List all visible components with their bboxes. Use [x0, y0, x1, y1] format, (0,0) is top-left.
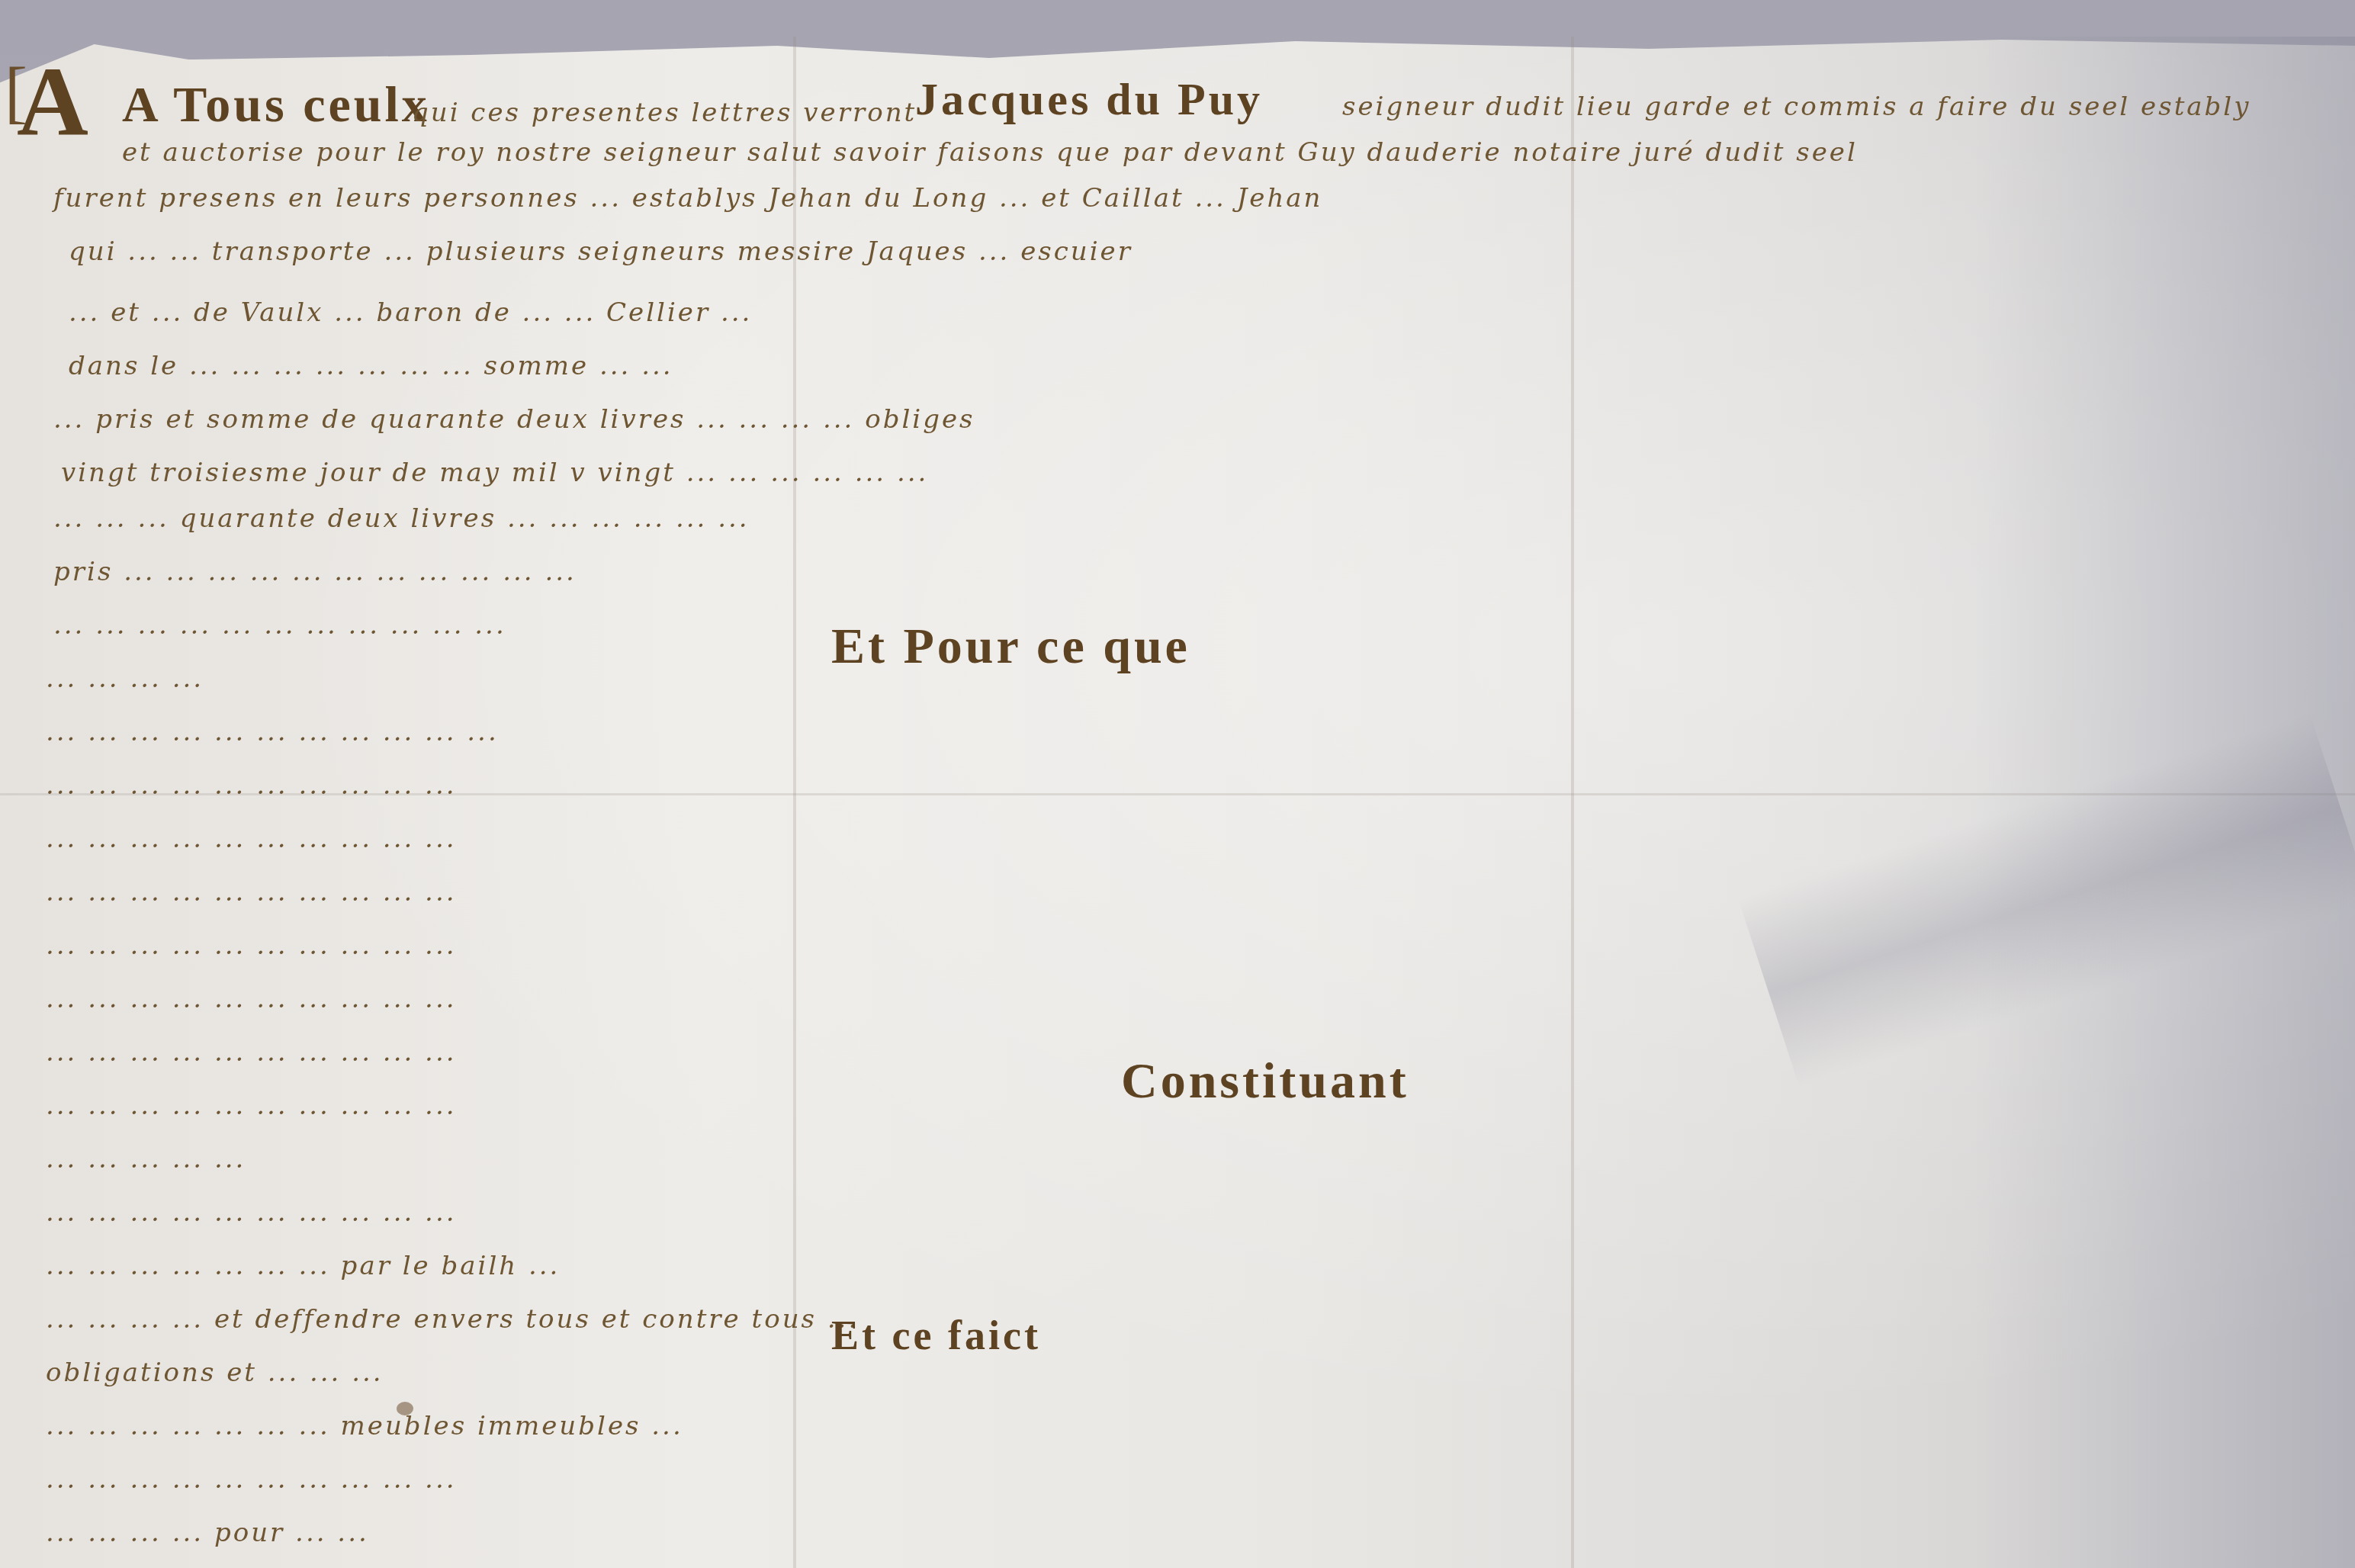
text-line: ... ... ... ... ... ... ... par le bailh…: [46, 1251, 560, 1281]
section-heading: Et Pour ce que: [831, 618, 1190, 676]
text-line: pris ... ... ... ... ... ... ... ... ...…: [53, 557, 577, 587]
text-line: qui ... ... transporte ... plusieurs sei…: [69, 236, 1133, 267]
text-line: dans le ... ... ... ... ... ... ... somm…: [69, 351, 673, 381]
text-line: ... pris et somme de quarante deux livre…: [53, 404, 975, 435]
text-line: ... ... ... ... ... ... ... ... ... ... …: [46, 717, 499, 747]
text-line: ... ... ... ... ... ... ... ... ... ...: [46, 1464, 457, 1495]
text-line: ... ... ... ... ... ... ... ... ... ...: [46, 984, 457, 1014]
section-heading: Et ce faict: [831, 1312, 1041, 1359]
text-line: ... ... ... ...: [46, 664, 204, 694]
fold-line: [1571, 37, 1574, 1568]
ink-stain: [397, 1402, 413, 1415]
decorated-initial: A: [17, 44, 88, 159]
text-line: ... ... ... ... ... ... ... ... ... ...: [46, 1091, 457, 1121]
text-line: ... et ... de Vaulx ... baron de ... ...…: [69, 297, 752, 328]
text-line: et auctorise pour le roy nostre seigneur…: [122, 137, 1858, 168]
text-line: ... ... ... ... pour ... ...: [46, 1518, 369, 1548]
text-line: ... ... ... ... ... ... ... meubles imme…: [46, 1411, 683, 1441]
text-line: ... ... ... ... ... ... ... ... ... ...: [46, 770, 457, 801]
text-line: ... ... ... ... ...: [46, 1144, 246, 1174]
text-line: obligations et ... ... ...: [46, 1358, 384, 1388]
text-line: ... ... ... ... ... ... ... ... ... ... …: [53, 610, 506, 641]
text-line: furent presens en leurs personnes ... es…: [53, 183, 1323, 214]
text-line: ... ... ... ... ... ... ... ... ... ...: [46, 824, 457, 854]
text-line: ... ... ... ... ... ... ... ... ... ...: [46, 1197, 457, 1228]
text-line: ... ... ... ... ... ... ... ... ... ...: [46, 930, 457, 961]
text-line: vingt troisiesme jour de may mil v vingt…: [61, 458, 928, 488]
section-heading: Constituant: [1121, 1052, 1409, 1110]
text-line: ... ... ... ... ... ... ... ... ... ...: [46, 877, 457, 908]
opening-rest: qui ces presentes lettres verront: [412, 98, 917, 128]
text-line: seigneur dudit lieu garde et commis a fa…: [1342, 92, 2251, 122]
text-line: ... ... ... ... et deffendre envers tous…: [46, 1304, 859, 1335]
opening-words: A Tous ceulx: [122, 76, 430, 134]
text-line: ... ... ... quarante deux livres ... ...…: [53, 503, 750, 534]
text-line: ... ... ... ... ... ... ... ... ... ...: [46, 1037, 457, 1068]
name-heading: Jacques du Puy: [915, 73, 1263, 126]
